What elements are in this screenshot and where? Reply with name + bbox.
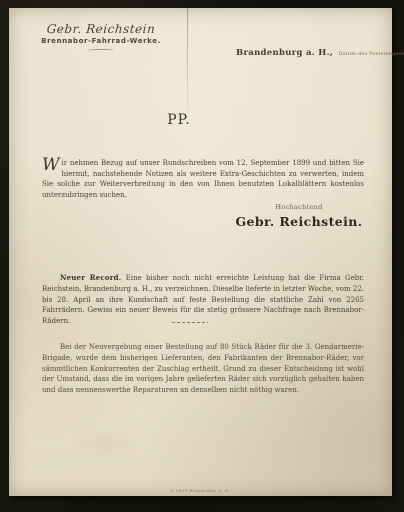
printer-imprint: C 1899 Brandenbg. a. H. — [9, 488, 392, 493]
section-divider — [172, 322, 208, 323]
salutation: PP. — [9, 112, 349, 128]
letterhead-flourish — [88, 49, 114, 52]
company-name: Gebr. Reichstein — [31, 22, 172, 36]
paper-stain — [69, 428, 139, 458]
intro-paragraph: Wir nehmen Bezug auf unser Rundschreiben… — [42, 158, 364, 200]
order-notice-paragraph: Bei der Neuvergebung einer Bestellung au… — [42, 342, 364, 396]
closing-block: Hochachtend Gebr. Reichstein. — [204, 203, 394, 229]
letterhead: Gebr. Reichstein Brennabor-Fahrrad-Werke… — [31, 22, 171, 52]
letter-page: Gebr. Reichstein Brennabor-Fahrrad-Werke… — [9, 8, 392, 496]
company-division: Brennabor-Fahrrad-Werke. — [31, 37, 171, 45]
fold-crease — [187, 8, 188, 128]
intro-text: ir nehmen Bezug auf unser Rundschreiben … — [42, 159, 364, 199]
record-notice-lead: Neuer Record. — [60, 273, 121, 282]
closing-word: Hochachtend — [204, 203, 394, 211]
dateline-postmark-note: Datum des Poststempels — [338, 51, 404, 57]
record-notice-paragraph: Neuer Record. Eine bisher noch nicht err… — [42, 273, 364, 327]
drop-cap: W — [42, 158, 61, 172]
dateline: Brandenburg a. H., Datum des Poststempel… — [236, 40, 404, 59]
signature: Gebr. Reichstein. — [204, 214, 394, 229]
dateline-place: Brandenburg a. H., — [236, 48, 333, 58]
